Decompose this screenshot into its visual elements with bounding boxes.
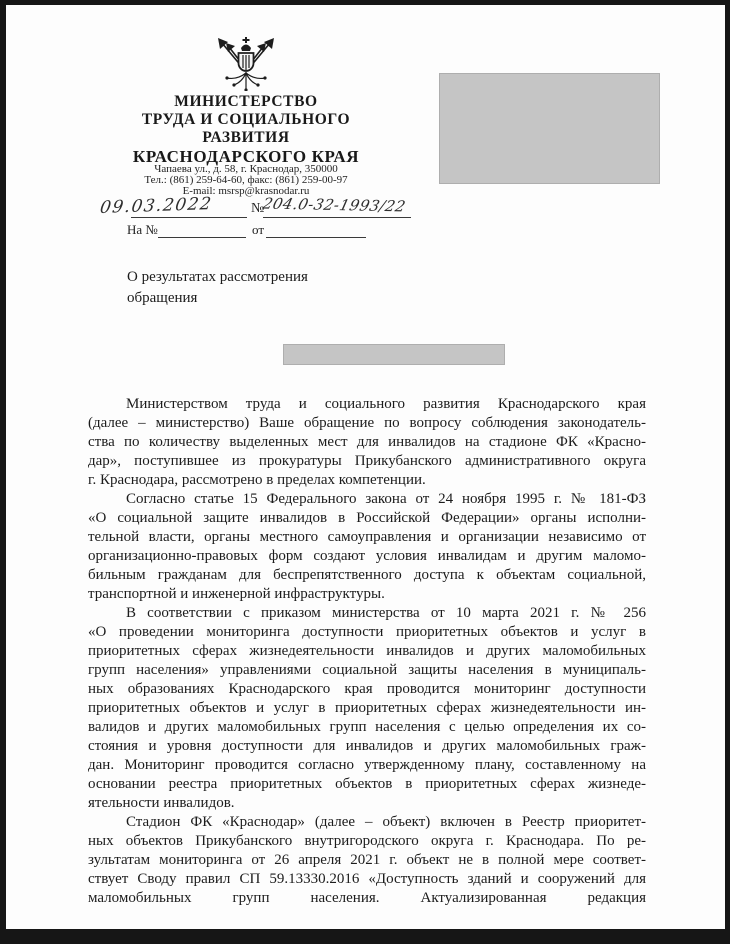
redaction-box-recipient [439,73,660,184]
body-line: валидов и других маломобильных групп нас… [88,718,646,737]
body-text: Министерством труда и социального развит… [88,395,646,908]
reply-number-label: На № [127,222,158,238]
body-line: основании реестра приоритетных объектов … [88,775,646,794]
body-line: «О социальной защите инвалидов в Российс… [88,509,646,528]
body-line: транспортной и инженерной инфраструктуры… [88,585,646,604]
body-line: маломобильных групп населения. Актуализи… [88,889,646,908]
body-line: ятельности инвалидов. [88,794,646,813]
redaction-box-inline [283,344,505,365]
body-line: г. Краснодара, рассмотрено в пределах ко… [88,471,646,490]
body-line: ствует Своду правил СП 59.13330.2016 «До… [88,870,646,889]
body-line: бильным гражданам для беспрепятственного… [88,566,646,585]
coat-of-arms-icon [211,37,281,91]
body-line: стояния и уровня доступности для инвалид… [88,737,646,756]
body-line: Согласно статье 15 Федерального закона о… [88,490,646,509]
ministry-name-line: МИНИСТЕРСТВО [100,93,392,111]
body-line: групп населения» управлениями социальной… [88,661,646,680]
body-line: тельной власти, органы местного самоупра… [88,528,646,547]
body-line: зультатам мониторинга от 26 апреля 2021 … [88,851,646,870]
ministry-name-line: РАЗВИТИЯ [100,129,392,147]
outgoing-number-handwritten: 204.0-32-1993/22 [261,195,408,216]
reply-date-label: от [252,222,264,238]
body-line: (далее – министерство) Ваше обращение по… [88,414,646,433]
body-line: ных объектов Прикубанского внутригородск… [88,832,646,851]
reply-number-underline [158,237,246,238]
body-line: организационно-правовых форм создают усл… [88,547,646,566]
subject-block: О результатах рассмотрения обращения [127,267,387,309]
ministry-email: E-mail: msrsp@krasnodar.ru [70,186,422,197]
ministry-name-line: ТРУДА И СОЦИАЛЬНОГО [100,111,392,129]
body-line: Министерством труда и социального развит… [88,395,646,414]
body-line: «О проведении мониторинга доступности пр… [88,623,646,642]
subject-line: О результатах рассмотрения [127,267,387,288]
ministry-contacts: Чапаева ул., д. 58, г. Краснодар, 350000… [70,164,422,197]
body-line: ных образованиях Краснодарского края про… [88,680,646,699]
date-underline [131,217,247,218]
scan-border-top [0,0,730,5]
scan-border-right [725,0,730,944]
subject-line: обращения [127,288,387,309]
body-line: приоритетных сферах жизнедеятельности ин… [88,642,646,661]
outgoing-date-handwritten: 09.03.2022 [99,194,214,218]
scan-border-left [0,0,6,944]
scanned-letter-page: МИНИСТЕРСТВО ТРУДА И СОЦИАЛЬНОГО РАЗВИТИ… [0,0,730,944]
body-line: В соответствии с приказом министерства о… [88,604,646,623]
body-line: ства по количеству выделенных мест для и… [88,433,646,452]
body-line: приоритетных объектов и услуг в приорите… [88,699,646,718]
reply-date-underline [266,237,366,238]
body-line: дан. Мониторинг проводится согласно утве… [88,756,646,775]
scan-border-bottom [0,929,730,944]
number-underline [263,217,411,218]
ministry-name: МИНИСТЕРСТВО ТРУДА И СОЦИАЛЬНОГО РАЗВИТИ… [100,93,392,166]
body-line: дар», поступившее из прокуратуры Прикуба… [88,452,646,471]
body-line: Стадион ФК «Краснодар» (далее – объект) … [88,813,646,832]
